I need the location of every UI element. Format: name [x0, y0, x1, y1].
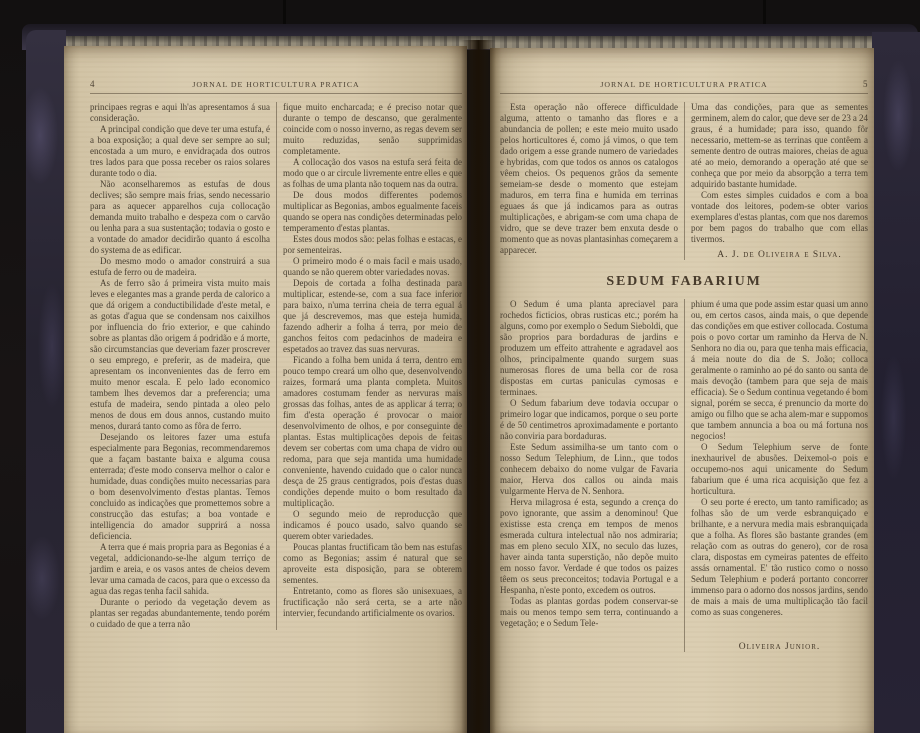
left-page-columns: principaes regras e aqui lh'as apresenta…: [90, 102, 462, 630]
paragraph: O seu porte é erecto, um tanto ramificad…: [691, 497, 868, 618]
paragraph: Estes dous modos são: pelas folhas e est…: [283, 234, 462, 256]
right-page: JORNAL DE HORTICULTURA PRATICA 5 Esta op…: [490, 48, 874, 733]
paragraph: Este Sedum assimilha-se um tanto com o n…: [500, 442, 678, 497]
paragraph: Esta operação não offerece difficuldade …: [500, 102, 678, 256]
article2-column-1: O Sedum é uma planta apreciavel para roc…: [500, 299, 684, 652]
article-heading: SEDUM FABARIUM: [500, 274, 868, 290]
left-page-column-2: fique muito encharcada; e é preciso nota…: [276, 102, 462, 630]
paragraph: Entretanto, como as flores são unisexuae…: [283, 586, 462, 619]
article1-column-1: Esta operação não offerece difficuldade …: [500, 102, 684, 260]
paragraph: A principal condição que deve ter uma es…: [90, 124, 270, 179]
page-number: 4: [90, 79, 110, 89]
paragraph: O Sedum é uma planta apreciavel para roc…: [500, 299, 678, 398]
paragraph: Depois de cortada a folha destinada para…: [283, 278, 462, 355]
column-text: Esta operação não offerece difficuldade …: [500, 102, 678, 256]
book-cover-left: [26, 30, 66, 733]
column-text: fique muito encharcada; e é preciso nota…: [283, 102, 462, 619]
left-page-column-1: principaes regras e aqui lh'as apresenta…: [90, 102, 276, 630]
scan-background: 4 JORNAL DE HORTICULTURA PRATICA princip…: [0, 0, 920, 733]
page-number: 5: [848, 79, 868, 89]
paragraph: O Sedum Telephium serve de fonte inexhau…: [691, 442, 868, 497]
book-cover-right: [872, 32, 920, 733]
paragraph: As de ferro são á primeira vista muito m…: [90, 278, 270, 432]
paragraph: De dous modos differentes podemos multip…: [283, 190, 462, 234]
column-text: O Sedum é uma planta apreciavel para roc…: [500, 299, 678, 629]
left-page-header: 4 JORNAL DE HORTICULTURA PRATICA: [90, 79, 462, 90]
paragraph: A collocação dos vasos na estufa será fe…: [283, 157, 462, 190]
paragraph: Do mesmo modo o amador construirá a sua …: [90, 256, 270, 278]
paragraph: Todas as plantas gordas podem conservar-…: [500, 596, 678, 629]
paragraph: Ficando a folha bem unida á terra, dentr…: [283, 355, 462, 509]
right-page-header: JORNAL DE HORTICULTURA PRATICA 5: [500, 79, 868, 90]
article1-columns: Esta operação não offerece difficuldade …: [500, 102, 868, 260]
paragraph: Herva milagrosa é esta, segundo a crença…: [500, 497, 678, 596]
running-head: JORNAL DE HORTICULTURA PRATICA: [600, 80, 767, 90]
article1-signature: A. J. de Oliveira e Silva.: [691, 250, 868, 260]
left-page: 4 JORNAL DE HORTICULTURA PRATICA princip…: [64, 46, 467, 733]
article2-signature: Oliveira Junior.: [691, 642, 868, 652]
paragraph: Desejando os leitores fazer uma estufa e…: [90, 432, 270, 542]
paragraph: principaes regras e aqui lh'as apresenta…: [90, 102, 270, 124]
header-rule: [500, 93, 868, 94]
column-text: principaes regras e aqui lh'as apresenta…: [90, 102, 270, 630]
paragraph: Poucas plantas fructificam tão bem nas e…: [283, 542, 462, 586]
article2-column-2: phium é uma que pode assim estar quasi u…: [684, 299, 868, 652]
paragraph: Não aconselharemos as estufas de dous de…: [90, 179, 270, 256]
paragraph: A terra que é mais propria para as Begon…: [90, 542, 270, 597]
header-rule: [90, 93, 462, 94]
paragraph: fique muito encharcada; e é preciso nota…: [283, 102, 462, 157]
paragraph: O Sedum fabarium deve todavia occupar o …: [500, 398, 678, 442]
article1-column-2: Uma das condições, para que as sementes …: [684, 102, 868, 260]
column-text: phium é uma que pode assim estar quasi u…: [691, 299, 868, 618]
paragraph: Uma das condições, para que as sementes …: [691, 102, 868, 190]
paragraph: O segundo meio de reproducção que indica…: [283, 509, 462, 542]
column-text: Uma das condições, para que as sementes …: [691, 102, 868, 245]
running-head: JORNAL DE HORTICULTURA PRATICA: [192, 80, 359, 90]
paragraph: phium é uma que pode assim estar quasi u…: [691, 299, 868, 442]
paragraph: Com estes simples cuidados e com a boa v…: [691, 190, 868, 245]
paragraph: O primeiro modo é o mais facil e mais us…: [283, 256, 462, 278]
gutter-shadow: [461, 40, 496, 733]
article2-columns: O Sedum é uma planta apreciavel para roc…: [500, 299, 868, 652]
paragraph: Durante o periodo da vegetação devem as …: [90, 597, 270, 630]
